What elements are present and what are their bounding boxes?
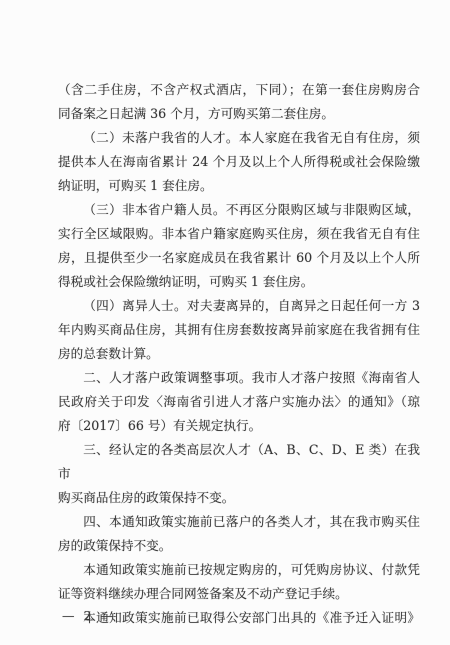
document-line: 同备案之日起满 36 个月，方可购买第二套住房。 — [58, 102, 420, 126]
document-page: （含二手住房，不含产权式酒店，下同）；在第一套住房购房合同备案之日起满 36 个… — [0, 0, 450, 645]
document-line: 年内购买商品住房，其拥有住房套数按离异前家庭在我省拥有住 — [58, 318, 420, 342]
document-line: 本通知政策实施前已按规定购房的，可凭购房协议、付款凭 — [58, 558, 420, 582]
document-line: 提供本人在海南省累计 24 个月及以上个人所得税或社会保险缴 — [58, 150, 420, 174]
document-line: 二、人才落户政策调整事项。我市人才落户按照《海南省人 — [58, 366, 420, 390]
document-line: 得税或社会保险缴纳证明，可购买 1 套住房。 — [58, 270, 420, 294]
document-line: 实行全区域限购。非本省户籍家庭购买住房，须在我省无自有住 — [58, 222, 420, 246]
document-line: 民政府关于印发〈海南省引进人才落户实施办法〉的通知》（琼 — [58, 390, 420, 414]
document-line: （三）非本省户籍人员。不再区分限购区域与非限购区域， — [58, 198, 420, 222]
document-line: 纳证明，可购买 1 套住房。 — [58, 174, 420, 198]
document-line: 购买商品住房的政策保持不变。 — [58, 486, 420, 510]
document-line: 房的政策保持不变。 — [58, 534, 420, 558]
document-line: 三、经认定的各类高层次人才（A、B、C、D、E 类）在我市 — [58, 438, 420, 486]
document-body: （含二手住房，不含产权式酒店，下同）；在第一套住房购房合同备案之日起满 36 个… — [58, 78, 420, 630]
document-line: 证等资料继续办理合同网签备案及不动产登记手续。 — [58, 582, 420, 606]
document-line: 府〔2017〕66 号）有关规定执行。 — [58, 414, 420, 438]
document-line: （四）离异人士。对夫妻离异的，自离异之日起任何一方 3 — [58, 294, 420, 318]
document-line: 房的总套数计算。 — [58, 342, 420, 366]
document-line: （二）未落户我省的人才。本人家庭在我省无自有住房，须 — [58, 126, 420, 150]
page-number: — 2 — — [62, 608, 115, 623]
document-line: （含二手住房，不含产权式酒店，下同）；在第一套住房购房合 — [58, 78, 420, 102]
document-line: 四、本通知政策实施前已落户的各类人才，其在我市购买住 — [58, 510, 420, 534]
document-line: 房，且提供至少一名家庭成员在我省累计 60 个月及以上个人所 — [58, 246, 420, 270]
